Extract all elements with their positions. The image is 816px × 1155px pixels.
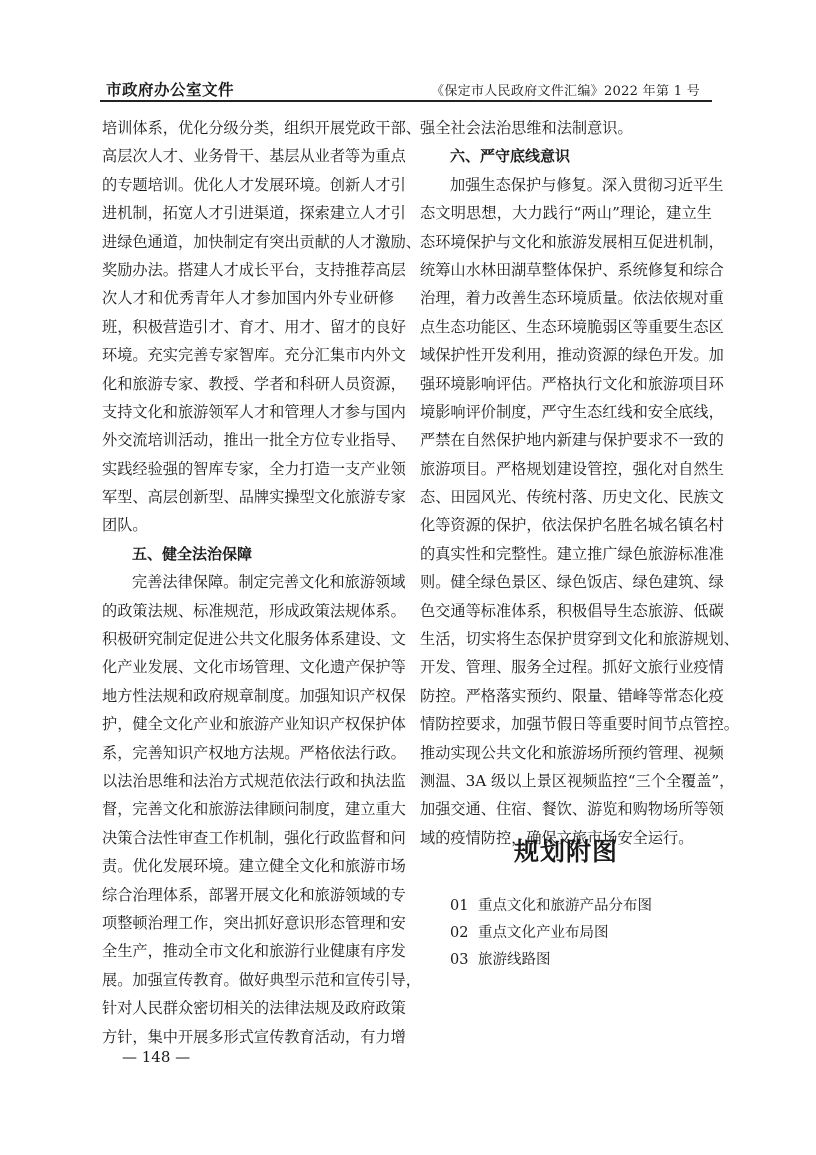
appendix-item-label: 重点文化和旅游产品分布图	[478, 898, 652, 914]
appendix-item-number: 02	[450, 920, 478, 947]
text-line: 护，健全文化产业和旅游产业知识产权保护体	[102, 710, 394, 738]
appendix-title: 规划附图	[420, 832, 712, 868]
text-line: 强环境影响评估。严格执行文化和旅游项目环	[420, 370, 712, 398]
text-line: 的真实性和完整性。建立推广绿色旅游标准准	[420, 540, 712, 568]
text-line: 强全社会法治思维和法制意识。	[420, 114, 712, 142]
header-publication: 《保定市人民政府文件汇编》2022 年第 1 号	[431, 80, 700, 99]
text-line: 系，完善知识产权地方法规。严格依法行政。	[102, 739, 394, 767]
text-line: 实践经验强的智库专家，全力打造一支产业领	[102, 455, 394, 483]
text-line: 决策合法性审查工作机制，强化行政监督和问	[102, 824, 394, 852]
header-section-title: 市政府办公室文件	[106, 78, 234, 100]
text-line: 色交通等标准体系，积极倡导生态旅游、低碳	[420, 597, 712, 625]
text-line: 化等资源的保护，依法保护名胜名城名镇名村	[420, 511, 712, 539]
text-line: 进绿色通道，加快制定有突出贡献的人才激励、	[102, 228, 394, 256]
text-line: 督，完善文化和旅游法律顾问制度，建立重大	[102, 795, 394, 823]
text-line: 积极研究制定促进公共文化服务体系建设、文	[102, 625, 394, 653]
appendix-item-label: 重点文化产业布局图	[478, 925, 609, 941]
text-line: 旅游项目。严格规划建设管控，强化对自然生	[420, 455, 712, 483]
text-line: 进机制，拓宽人才引进渠道，探索建立人才引	[102, 199, 394, 227]
text-line: 支持文化和旅游领军人才和管理人才参与国内	[102, 398, 394, 426]
text-line: 军型、高层创新型、品牌实操型文化旅游专家	[102, 483, 394, 511]
appendix-item: 02重点文化产业布局图	[450, 920, 652, 947]
text-line: 地方性法规和政府规章制度。加强知识产权保	[102, 682, 394, 710]
text-line: 加强交通、住宿、餐饮、游览和购物场所等领	[420, 795, 712, 823]
text-line: 情防控要求，加强节假日等重要时间节点管控。	[420, 710, 712, 738]
appendix-item-number: 03	[450, 947, 478, 974]
text-line: 域保护性开发利用，推动资源的绿色开发。加	[420, 341, 712, 369]
right-column: 强全社会法治思维和法制意识。 六、严守底线意识 加强生态保护与修复。深入贯彻习近…	[420, 114, 712, 852]
text-line: 统筹山水林田湖草整体保护、系统修复和综合	[420, 256, 712, 284]
appendix-item: 03旅游线路图	[450, 947, 652, 974]
text-line: 测温、3A 级以上景区视频监控“三个全覆盖”，	[420, 767, 712, 795]
page-number: — 148 —	[122, 1048, 190, 1066]
text-line: 化产业发展、文化市场管理、文化遗产保护等	[102, 653, 394, 681]
left-column: 培训体系，优化分级分类，组织开展党政干部、 高层次人才、业务骨干、基层从业者等为…	[102, 114, 394, 1051]
text-line: 的政策法规、标准规范，形成政策法规体系。	[102, 597, 394, 625]
text-line: 治理，着力改善生态环境质量。依法依规对重	[420, 284, 712, 312]
text-line: 境影响评价制度，严守生态红线和安全底线，	[420, 398, 712, 426]
text-line: 环境。充实完善专家智库。充分汇集市内外文	[102, 341, 394, 369]
paragraph-first-line: 加强生态保护与修复。深入贯彻习近平生	[420, 171, 712, 199]
text-line: 的专题培训。优化人才发展环境。创新人才引	[102, 171, 394, 199]
text-line: 责。优化发展环境。建立健全文化和旅游市场	[102, 852, 394, 880]
appendix-item-label: 旅游线路图	[478, 952, 551, 968]
text-line: 态文明思想，大力践行“两山”理论，建立生	[420, 199, 712, 227]
text-line: 培训体系，优化分级分类，组织开展党政干部、	[102, 114, 394, 142]
appendix-item: 01重点文化和旅游产品分布图	[450, 893, 652, 920]
text-line: 方针，集中开展多形式宣传教育活动，有力增	[102, 1023, 394, 1051]
text-line: 以法治思维和法治方式规范依法行政和执法监	[102, 767, 394, 795]
text-line: 班，积极营造引才、育才、用才、留才的良好	[102, 313, 394, 341]
text-line: 推动实现公共文化和旅游场所预约管理、视频	[420, 739, 712, 767]
appendix-item-number: 01	[450, 893, 478, 920]
text-line: 奖励办法。搭建人才成长平台，支持推荐高层	[102, 256, 394, 284]
text-line: 针对人民群众密切相关的法律法规及政府政策	[102, 994, 394, 1022]
text-line: 项整顿治理工作，突出抓好意识形态管理和安	[102, 909, 394, 937]
text-line: 态、田园风光、传统村落、历史文化、民族文	[420, 483, 712, 511]
text-line: 生活，切实将生态保护贯穿到文化和旅游规划、	[420, 625, 712, 653]
text-line: 次人才和优秀青年人才参加国内外专业研修	[102, 284, 394, 312]
running-header: 市政府办公室文件 《保定市人民政府文件汇编》2022 年第 1 号	[100, 76, 712, 102]
text-line: 团队。	[102, 511, 394, 539]
paragraph-first-line: 完善法律保障。制定完善文化和旅游领域	[102, 568, 394, 596]
appendix-list: 01重点文化和旅游产品分布图 02重点文化产业布局图 03旅游线路图	[450, 893, 652, 974]
text-line: 点生态功能区、生态环境脆弱区等重要生态区	[420, 313, 712, 341]
section-heading-5: 五、健全法治保障	[102, 540, 394, 568]
text-line: 综合治理体系，部署开展文化和旅游领域的专	[102, 881, 394, 909]
text-line: 全生产，推动全市文化和旅游行业健康有序发	[102, 937, 394, 965]
text-line: 态环境保护与文化和旅游发展相互促进机制，	[420, 228, 712, 256]
text-line: 外交流培训活动，推出一批全方位专业指导、	[102, 426, 394, 454]
section-heading-6: 六、严守底线意识	[420, 142, 712, 170]
text-line: 高层次人才、业务骨干、基层从业者等为重点	[102, 142, 394, 170]
text-line: 展。加强宣传教育。做好典型示范和宣传引导，	[102, 966, 394, 994]
text-line: 防控。严格落实预约、限量、错峰等常态化疫	[420, 682, 712, 710]
text-line: 则。健全绿色景区、绿色饭店、绿色建筑、绿	[420, 568, 712, 596]
text-line: 化和旅游专家、教授、学者和科研人员资源，	[102, 370, 394, 398]
text-line: 严禁在自然保护地内新建与保护要求不一致的	[420, 426, 712, 454]
text-line: 开发、管理、服务全过程。抓好文旅行业疫情	[420, 653, 712, 681]
